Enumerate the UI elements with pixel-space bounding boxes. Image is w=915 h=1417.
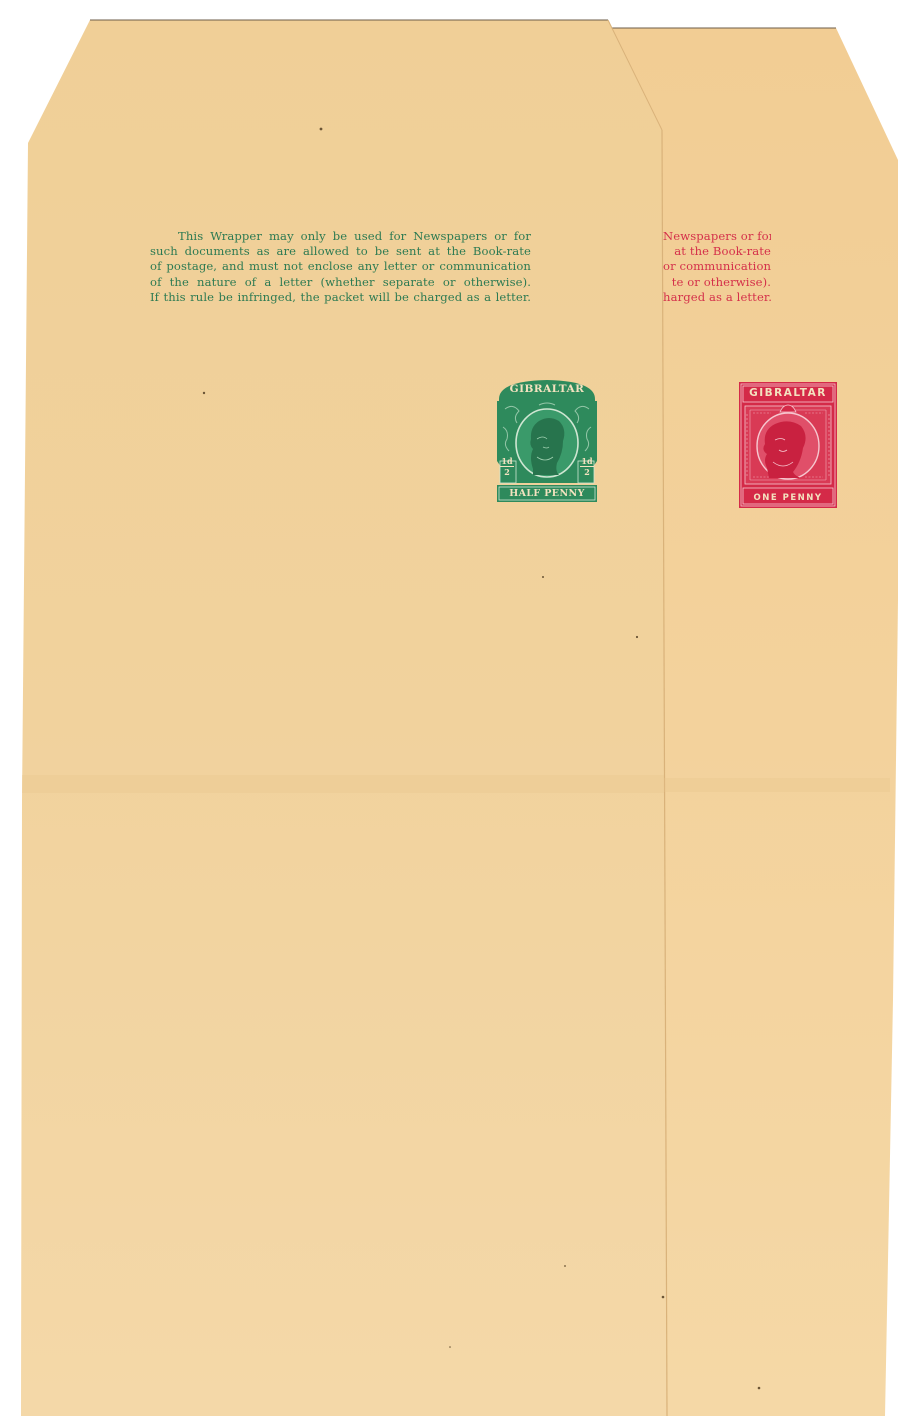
stamp-value-right: 1d 2 bbox=[580, 457, 594, 476]
stamp-denomination: HALF PENNY bbox=[493, 488, 601, 499]
notice-line: harged as a letter. bbox=[663, 290, 771, 305]
stamp-denomination: ONE PENNY bbox=[739, 493, 837, 503]
notice-line: or communication bbox=[663, 259, 771, 274]
edward-vii-portrait-icon bbox=[739, 382, 837, 508]
notice-line: te or otherwise). bbox=[663, 275, 771, 290]
stamp-country: GIBRALTAR bbox=[739, 387, 837, 399]
back-wrapper-notice: Newspapers or for at the Book-rate or co… bbox=[663, 229, 771, 305]
notice-line: of postage, and must not enclose any let… bbox=[150, 259, 531, 274]
notice-line: of the nature of a letter (whether separ… bbox=[150, 275, 531, 290]
wrapper-paper-shapes bbox=[0, 0, 915, 1417]
half-penny-stamp: GIBRALTAR 1d 2 1d 2 HALF PENNY bbox=[493, 377, 601, 504]
notice-line: at the Book-rate bbox=[663, 244, 771, 259]
george-v-portrait-icon bbox=[493, 377, 601, 504]
notice-line: This Wrapper may only be used for Newspa… bbox=[150, 229, 531, 244]
one-penny-stamp: GIBRALTAR ONE PENNY bbox=[739, 382, 837, 508]
stamp-value-left: 1d 2 bbox=[500, 457, 514, 476]
notice-line: If this rule be infringed, the packet wi… bbox=[150, 290, 531, 305]
front-wrapper-notice: This Wrapper may only be used for Newspa… bbox=[150, 229, 531, 305]
wrapper-scan: Newspapers or for at the Book-rate or co… bbox=[0, 0, 915, 1417]
notice-line: Newspapers or for bbox=[663, 229, 771, 244]
stamp-country: GIBRALTAR bbox=[493, 383, 601, 395]
notice-line: such documents as are allowed to be sent… bbox=[150, 244, 531, 259]
